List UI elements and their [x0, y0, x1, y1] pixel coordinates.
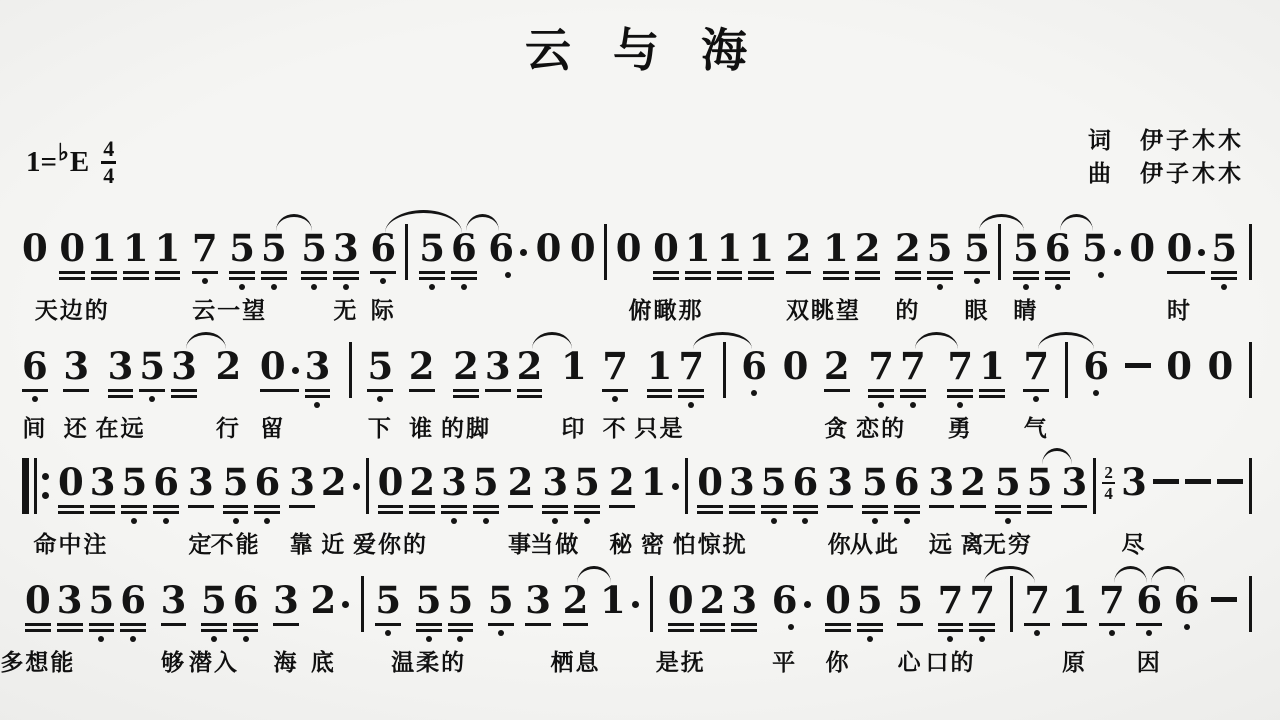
rhythm-underline — [862, 505, 888, 508]
rhythm-underline — [289, 505, 315, 508]
note-digit: 6 — [451, 228, 477, 268]
rhythm-underline — [254, 511, 280, 514]
note-7: 7 — [1099, 580, 1125, 636]
note-digit: 7 — [192, 228, 218, 268]
note-7: 7 — [897, 346, 929, 408]
lyric-syllable: 从此 — [850, 526, 900, 559]
rhythm-underline — [685, 277, 711, 280]
note-5: 5 — [1010, 228, 1042, 290]
lyric-syllable: 谁 — [409, 410, 434, 443]
note-1: 1 — [600, 580, 639, 620]
note-digit: 6 — [1136, 580, 1162, 620]
lyric-syllable: 天边的 — [35, 292, 110, 325]
note-digit: 7 — [678, 346, 704, 386]
low-octave-dot — [867, 636, 873, 642]
rhythm-underline — [964, 271, 990, 274]
note-3: 3 — [168, 346, 200, 398]
note-digit: 7 — [868, 346, 894, 386]
rhythm-underline — [201, 623, 227, 626]
lyric-syllable: 恋的 — [856, 410, 906, 443]
barline — [1010, 576, 1013, 632]
token-row: 001117555365660000111212255565005 — [22, 228, 1252, 290]
note-group: 0235 — [375, 462, 502, 524]
lyric-syllable: 行 — [216, 410, 241, 443]
note-digit: 2 — [310, 580, 336, 620]
augmentation-dot — [292, 367, 299, 374]
note-digit: 1 — [647, 346, 673, 386]
rhythm-underline — [108, 395, 134, 398]
note-3: 3 — [188, 462, 214, 508]
barline — [1249, 342, 1252, 398]
note-5: 5 — [445, 580, 477, 642]
note-digit: 5 — [1211, 228, 1237, 268]
rest-note: 0 — [536, 228, 562, 268]
rhythm-underline — [678, 389, 704, 392]
rhythm-underline — [824, 389, 850, 392]
lyric-syllable: 无 — [333, 292, 358, 325]
low-octave-dot — [1146, 630, 1152, 636]
low-octave-dot — [385, 630, 391, 636]
rhythm-underline — [121, 511, 147, 514]
note-6: 6 — [1136, 580, 1162, 636]
lyric-syllable: 睛 — [1013, 292, 1038, 325]
meter-top: 2 — [1104, 464, 1113, 481]
note-digit: 3 — [731, 580, 757, 620]
lyric-syllable: 的 — [895, 292, 920, 325]
rhythm-underline — [668, 623, 694, 626]
rhythm-underline — [123, 277, 149, 280]
rhythm-underline — [378, 505, 404, 508]
note-digit: 3 — [542, 462, 568, 502]
rhythm-underline — [1013, 271, 1039, 274]
rhythm-underline — [823, 271, 849, 274]
rhythm-underline — [301, 271, 327, 274]
low-octave-dot — [505, 272, 511, 278]
lyric-syllable: 秘 — [609, 526, 634, 559]
note-2: 2 — [852, 228, 884, 280]
rhythm-underline — [969, 623, 995, 626]
low-octave-dot — [98, 636, 104, 642]
note-digit: 1 — [1062, 580, 1088, 620]
low-octave-dot — [426, 636, 432, 642]
lyric-syllable: 勇 — [948, 410, 973, 443]
note-6: 6 — [790, 462, 822, 524]
barline — [1249, 458, 1252, 514]
duration-dash — [1185, 479, 1211, 484]
rhythm-underline — [731, 629, 757, 632]
note-digit: 3 — [1121, 462, 1147, 502]
note-digit: 0 — [25, 580, 51, 620]
low-octave-dot — [1109, 630, 1115, 636]
duration-dash — [1217, 479, 1243, 484]
rhythm-underline — [273, 623, 299, 626]
note-6: 6 — [488, 228, 527, 278]
lyric-syllable: 当做 — [530, 526, 580, 559]
note-digit: 5 — [223, 462, 249, 502]
note-digit: 3 — [188, 462, 214, 502]
note-digit: 1 — [979, 346, 1005, 386]
tie-arc — [979, 214, 1024, 231]
note-3: 3 — [539, 462, 571, 524]
note-digit: 5 — [1013, 228, 1039, 268]
low-octave-dot — [311, 284, 317, 290]
rhythm-underline — [602, 389, 628, 392]
lyric-syllable: 爱你的 — [353, 526, 428, 559]
lyric-syllable: 平 — [772, 644, 797, 677]
rhythm-underline — [653, 271, 679, 274]
rhythm-underline — [1027, 505, 1053, 508]
note-2: 2 — [321, 462, 360, 502]
augmentation-dot — [353, 483, 360, 490]
note-5: 5 — [413, 580, 445, 642]
low-octave-dot — [149, 396, 155, 402]
rhythm-underline — [91, 277, 117, 280]
low-octave-dot — [937, 284, 943, 290]
note-5: 5 — [964, 228, 990, 284]
note-3: 3 — [54, 580, 86, 632]
note-5: 5 — [854, 580, 886, 642]
low-octave-dot — [1033, 396, 1039, 402]
augmentation-dot — [520, 249, 527, 256]
note-6: 6 — [741, 346, 767, 396]
rhythm-underline — [995, 511, 1021, 514]
note-group: 12 — [820, 228, 884, 280]
note-3: 3 — [273, 580, 299, 626]
note-3: 3 — [161, 580, 187, 626]
note-group: 56 — [220, 462, 284, 524]
note-7: 7 — [675, 346, 707, 408]
rhythm-underline — [857, 629, 883, 632]
rest-note: 0 — [1164, 228, 1209, 274]
duration-dash — [1211, 597, 1237, 602]
rhythm-underline — [894, 505, 920, 508]
low-octave-dot — [377, 396, 383, 402]
lyric-syllable: 际 — [371, 292, 396, 325]
rhythm-underline — [155, 271, 181, 274]
barline — [723, 342, 726, 398]
note-digit: 3 — [171, 346, 197, 386]
note-digit: 5 — [473, 462, 499, 502]
rhythm-underline — [995, 505, 1021, 508]
note-digit: 0 — [570, 228, 596, 268]
rhythm-underline — [333, 271, 359, 274]
lyric-syllable: 靠 — [290, 526, 315, 559]
lyric-syllable: 远 — [929, 526, 954, 559]
note-digit: 3 — [441, 462, 467, 502]
barline — [366, 458, 369, 514]
meter-bottom: 4 — [1104, 485, 1113, 502]
note-digit: 2 — [321, 462, 347, 502]
low-octave-dot — [202, 278, 208, 284]
rhythm-underline — [305, 389, 331, 392]
note-5: 5 — [897, 580, 923, 626]
note-5: 5 — [416, 228, 448, 290]
barline — [1065, 342, 1068, 398]
note-digit: 6 — [153, 462, 179, 502]
rhythm-underline — [717, 271, 743, 274]
note-5: 5 — [859, 462, 891, 524]
low-octave-dot — [910, 402, 916, 408]
note-digit: 1 — [717, 228, 743, 268]
rhythm-underline — [123, 271, 149, 274]
note-3: 3 — [289, 462, 315, 508]
note-6: 6 — [1042, 228, 1074, 290]
rhythm-underline — [855, 271, 881, 274]
note-digit: 3 — [525, 580, 551, 620]
note-digit: 0 — [1167, 228, 1193, 268]
rhythm-underline — [441, 505, 467, 508]
note-digit: 1 — [823, 228, 849, 268]
note-5: 5 — [1082, 228, 1121, 278]
note-digit: 1 — [641, 462, 667, 502]
note-3: 3 — [1121, 462, 1147, 502]
note-group: 77 — [935, 580, 999, 642]
augmentation-dot — [1114, 249, 1121, 256]
note-5: 5 — [992, 462, 1024, 524]
token-row: 035635632023523521035635632553243 — [22, 462, 1252, 524]
note-digit: 0 — [825, 580, 851, 620]
rest-note: 0 — [783, 346, 809, 386]
rhythm-underline — [1024, 623, 1050, 626]
note-digit: 3 — [305, 346, 331, 386]
note-7: 7 — [966, 580, 998, 642]
rhythm-underline — [223, 511, 249, 514]
note-3: 3 — [726, 462, 758, 514]
rhythm-underline — [25, 623, 51, 626]
note-digit: 3 — [333, 228, 359, 268]
rhythm-underline — [647, 389, 673, 392]
rhythm-underline — [697, 505, 723, 508]
low-octave-dot — [878, 402, 884, 408]
note-digit: 2 — [215, 346, 241, 386]
note-digit: 2 — [508, 462, 534, 502]
note-1: 1 — [1062, 580, 1088, 626]
lyric-syllable: 栖息 — [550, 644, 600, 677]
lyric-syllable: 下 — [368, 410, 393, 443]
low-octave-dot — [788, 624, 794, 630]
lyric-syllable: 在远 — [96, 410, 146, 443]
note-2: 2 — [310, 580, 349, 620]
rhythm-underline — [678, 395, 704, 398]
rhythm-underline — [409, 505, 435, 508]
low-octave-dot — [751, 390, 757, 396]
rest-note: 0 — [22, 580, 54, 632]
lyric-syllable: 命中注 — [33, 526, 108, 559]
rhythm-underline — [63, 389, 89, 392]
lyric-syllable: 因 — [1137, 644, 1162, 677]
rhythm-underline — [895, 277, 921, 280]
rhythm-underline — [89, 623, 115, 626]
rhythm-underline — [485, 389, 511, 392]
rhythm-underline — [416, 629, 442, 632]
rest-note: 0 — [1208, 346, 1234, 386]
note-6: 6 — [230, 580, 262, 642]
rhythm-underline — [1211, 271, 1237, 274]
note-6: 6 — [891, 462, 923, 524]
rest-note: 0 — [375, 462, 407, 514]
note-digit: 5 — [857, 580, 883, 620]
note-digit: 0 — [22, 228, 48, 268]
note-5: 5 — [488, 580, 514, 636]
rhythm-underline — [57, 623, 83, 626]
note-3: 3 — [1061, 462, 1087, 508]
low-octave-dot — [32, 396, 38, 402]
rhythm-underline — [488, 623, 514, 626]
note-2: 2 — [508, 462, 534, 508]
note-5: 5 — [1208, 228, 1240, 290]
note-digit: 5 — [301, 228, 327, 268]
lyric-syllable: 的脚 — [441, 410, 491, 443]
note-group: 56 — [198, 580, 262, 642]
note-digit: 2 — [824, 346, 850, 386]
lyric-syllable: 气 — [1024, 410, 1049, 443]
note-digit: 5 — [1027, 462, 1053, 502]
note-group: 35 — [539, 462, 603, 524]
rhythm-underline — [894, 511, 920, 514]
note-digit: 5 — [419, 228, 445, 268]
rest-note: 0 — [650, 228, 682, 280]
barline — [685, 458, 688, 514]
note-group: 25 — [892, 228, 956, 290]
lyric-syllable: 近 — [321, 526, 346, 559]
rhythm-underline — [370, 271, 396, 274]
rhythm-underline — [868, 389, 894, 392]
rhythm-underline — [155, 277, 181, 280]
rhythm-underline — [229, 277, 255, 280]
note-digit: 5 — [927, 228, 953, 268]
rhythm-underline — [201, 629, 227, 632]
rhythm-underline — [89, 629, 115, 632]
note-7: 7 — [944, 346, 976, 408]
note-1: 1 — [120, 228, 152, 280]
rhythm-underline — [91, 271, 117, 274]
rhythm-underline — [609, 505, 635, 508]
note-3: 3 — [929, 462, 955, 508]
note-3: 3 — [87, 462, 119, 514]
lyric-syllable: 双 — [786, 292, 811, 325]
note-digit: 2 — [855, 228, 881, 268]
lyric-syllable: 口的 — [925, 644, 975, 677]
low-octave-dot — [461, 284, 467, 290]
rhythm-underline — [25, 629, 51, 632]
rhythm-underline — [409, 511, 435, 514]
note-group: 05 — [1164, 228, 1241, 290]
low-octave-dot — [1221, 284, 1227, 290]
rest-note: 0 — [665, 580, 697, 632]
note-3: 3 — [105, 346, 137, 398]
rhythm-underline — [108, 389, 134, 392]
low-octave-dot — [957, 402, 963, 408]
barline — [604, 224, 607, 280]
note-digit: 3 — [827, 462, 853, 502]
low-octave-dot — [904, 518, 910, 524]
note-digit: 2 — [517, 346, 543, 386]
lyric-syllable: 只是 — [634, 410, 684, 443]
note-group: 05 — [822, 580, 886, 642]
note-group: 232 — [450, 346, 545, 398]
rhythm-underline — [121, 505, 147, 508]
note-group: 56 — [416, 228, 480, 290]
augmentation-dot — [1198, 249, 1205, 256]
rhythm-underline — [1045, 271, 1071, 274]
note-digit: 1 — [748, 228, 774, 268]
note-digit: 6 — [793, 462, 819, 502]
rhythm-underline — [139, 389, 165, 392]
lyric-syllable: 不能 — [211, 526, 261, 559]
note-digit: 3 — [63, 346, 89, 386]
rhythm-underline — [90, 505, 116, 508]
note-3: 3 — [827, 462, 853, 508]
note-5: 5 — [220, 462, 252, 524]
rhythm-underline — [416, 623, 442, 626]
note-digit: 0 — [616, 228, 642, 268]
lyric-syllable: 时 — [1167, 292, 1192, 325]
lyric-syllable: 还 — [64, 410, 89, 443]
note-1: 1 — [561, 346, 587, 386]
low-octave-dot — [343, 284, 349, 290]
lyric-syllable: 印 — [561, 410, 586, 443]
rhythm-underline — [960, 505, 986, 508]
rhythm-underline — [223, 505, 249, 508]
rhythm-underline — [927, 277, 953, 280]
rhythm-underline — [868, 395, 894, 398]
note-digit: 1 — [91, 228, 117, 268]
rhythm-underline — [1099, 623, 1125, 626]
note-digit: 5 — [121, 462, 147, 502]
note-digit: 5 — [229, 228, 255, 268]
note-group: 353 — [105, 346, 200, 402]
rhythm-underline — [729, 505, 755, 508]
rhythm-underline — [153, 505, 179, 508]
rhythm-underline — [419, 271, 445, 274]
note-group: 55 — [992, 462, 1056, 524]
augmentation-dot — [342, 601, 349, 608]
note-1: 1 — [641, 462, 680, 502]
note-digit: 0 — [59, 228, 85, 268]
augmentation-dot — [632, 601, 639, 608]
low-octave-dot — [974, 278, 980, 284]
rhythm-underline — [451, 271, 477, 274]
note-1: 1 — [152, 228, 184, 280]
note-6: 6 — [22, 346, 48, 402]
note-2: 2 — [786, 228, 812, 274]
note-digit: 1 — [123, 228, 149, 268]
low-octave-dot — [552, 518, 558, 524]
notation-line-4: 035635632555532102360557771766多想能够潜入海底温柔… — [22, 580, 1252, 698]
note-group: 023 — [665, 580, 760, 632]
rhythm-underline — [171, 389, 197, 392]
note-5: 5 — [1024, 462, 1056, 514]
note-digit: 3 — [57, 580, 83, 620]
low-octave-dot — [243, 636, 249, 642]
rhythm-underline — [161, 623, 187, 626]
barline — [1249, 224, 1252, 280]
note-2: 2 — [892, 228, 924, 280]
note-digit: 5 — [416, 580, 442, 620]
low-octave-dot — [947, 636, 953, 642]
low-octave-dot — [211, 636, 217, 642]
note-digit: 7 — [1099, 580, 1125, 620]
low-octave-dot — [314, 402, 320, 408]
note-2: 2 — [609, 462, 635, 508]
rhythm-underline — [895, 271, 921, 274]
tie-arc — [466, 214, 499, 231]
note-digit: 6 — [233, 580, 259, 620]
barline — [650, 576, 653, 632]
tie-arc — [276, 214, 312, 231]
rhythm-underline — [1045, 277, 1071, 280]
rhythm-underline — [171, 395, 197, 398]
